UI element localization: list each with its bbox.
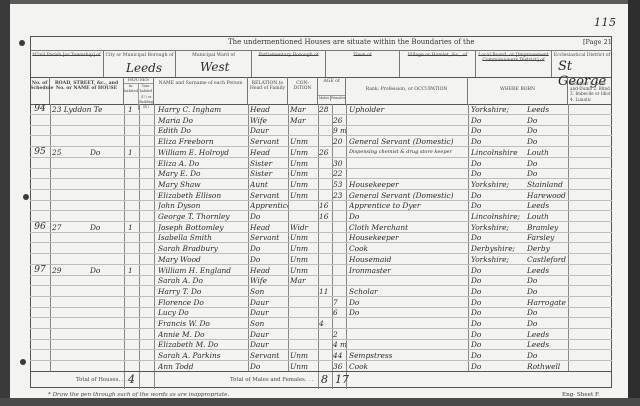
row-male-age bbox=[319, 339, 332, 350]
row-occupation bbox=[349, 158, 468, 169]
row-road-ditto bbox=[90, 329, 124, 340]
ecclesiastical-cell: Ecclesiastical District of St George bbox=[552, 50, 612, 77]
sheet-tag: Eng- Sheet F. bbox=[562, 392, 600, 398]
row-born-county: Yorkshire; bbox=[471, 179, 527, 190]
row-road-ditto bbox=[90, 168, 124, 179]
row-inhabited bbox=[128, 158, 139, 169]
scan-edge-right bbox=[628, 0, 640, 406]
header-occupation: Rank, Profession, or OCCUPATION bbox=[346, 77, 468, 104]
row-born-county: Do bbox=[471, 297, 527, 308]
row-name: Sarah A. Parkins bbox=[158, 350, 248, 361]
row-schedule bbox=[30, 243, 50, 254]
row-female-age bbox=[333, 211, 346, 222]
row-relation: Servant bbox=[250, 190, 288, 201]
ward-label: Municipal Ward of bbox=[176, 50, 251, 58]
row-born-place: Do bbox=[527, 286, 568, 297]
row-born-county: Lincolnshire bbox=[471, 147, 527, 158]
row-occupation: Do bbox=[349, 307, 468, 318]
row-occupation: Dispensing chemist & drug store keeper bbox=[349, 147, 468, 158]
row-female-age bbox=[333, 275, 346, 286]
row-female-age bbox=[333, 222, 346, 233]
row-occupation: Housekeeper bbox=[349, 232, 468, 243]
table-row: Eliza A. DoSisterUnm30DoDo bbox=[30, 158, 612, 169]
row-male-age bbox=[319, 350, 332, 361]
row-relation: Sister bbox=[250, 158, 288, 169]
row-male-age bbox=[319, 243, 332, 254]
row-condition: Unm bbox=[290, 243, 318, 254]
header-houses: HOUSES In-habited Unin-habited (U.) or B… bbox=[124, 77, 154, 104]
row-inhabited bbox=[128, 297, 139, 308]
ecclesiastical-label: Ecclesiastical District of bbox=[552, 50, 612, 58]
row-inhabited bbox=[128, 243, 139, 254]
row-name: George T. Thornley bbox=[158, 211, 248, 222]
page-tag: [Page 21 bbox=[583, 38, 612, 46]
row-schedule bbox=[30, 200, 50, 211]
local-board-label: Local Board, or [Improvement Commissione… bbox=[476, 50, 551, 63]
row-name: Mary Wood bbox=[158, 254, 248, 265]
row-condition: Widr bbox=[290, 222, 318, 233]
ward-cell: Municipal Ward of West bbox=[176, 50, 252, 77]
row-schedule bbox=[30, 329, 50, 340]
row-born-county: Do bbox=[471, 265, 527, 276]
civil-parish-cell: *Civil Parish [or Township] of bbox=[30, 50, 104, 77]
row-female-age bbox=[333, 243, 346, 254]
row-occupation: General Servant (Domestic) bbox=[349, 190, 468, 201]
row-occupation: Sempstress bbox=[349, 350, 468, 361]
row-schedule bbox=[30, 318, 50, 329]
row-schedule bbox=[30, 158, 50, 169]
row-relation: Do bbox=[250, 243, 288, 254]
admin-boundaries: *Civil Parish [or Township] of City or M… bbox=[30, 50, 612, 78]
row-occupation: Ironmaster bbox=[349, 265, 468, 276]
row-name: Joseph Bottomley bbox=[158, 222, 248, 233]
row-inhabited bbox=[128, 286, 139, 297]
row-schedule bbox=[30, 232, 50, 243]
header-relation: RELATION to Head of Family bbox=[248, 77, 288, 104]
row-condition: Unm bbox=[290, 147, 318, 158]
row-schedule bbox=[30, 339, 50, 350]
parliamentary-label: Parliamentary Borough of bbox=[252, 50, 325, 58]
row-road-ditto bbox=[90, 297, 124, 308]
row-male-age bbox=[319, 297, 332, 308]
table-row: Lucy DoDaur6DoDoDo bbox=[30, 307, 612, 318]
row-schedule: 95 bbox=[30, 147, 50, 158]
row-schedule bbox=[30, 211, 50, 222]
row-born-county: Do bbox=[471, 168, 527, 179]
row-male-age: 28 bbox=[319, 104, 332, 115]
row-road-ditto bbox=[90, 136, 124, 147]
table-row: 9729Do1William H. EnglandHeadUnmIronmast… bbox=[30, 265, 612, 276]
scan-edge-left bbox=[0, 0, 10, 406]
row-female-age bbox=[333, 265, 346, 276]
row-born-county: Do bbox=[471, 190, 527, 201]
row-schedule bbox=[30, 297, 50, 308]
row-born-place: Do bbox=[527, 168, 568, 179]
row-relation: Wife bbox=[250, 115, 288, 126]
row-condition bbox=[290, 125, 318, 136]
row-inhabited: 1 bbox=[128, 265, 139, 276]
city-cell: City or Municipal Borough of Leeds bbox=[104, 50, 176, 77]
table-row: Elizabeth M. DoDaur4 moDoLeeds bbox=[30, 339, 612, 350]
row-name: Eliza Freeborn bbox=[158, 136, 248, 147]
row-male-age: 4 bbox=[319, 318, 332, 329]
row-relation: Servant bbox=[250, 136, 288, 147]
row-road-ditto: Do bbox=[90, 222, 124, 233]
row-male-age: 26 bbox=[319, 147, 332, 158]
row-born-county: Do bbox=[471, 232, 527, 243]
row-name: Eliza A. Do bbox=[158, 158, 248, 169]
row-inhabited bbox=[128, 168, 139, 179]
row-road-ditto bbox=[90, 318, 124, 329]
header-where-born: WHERE BORN bbox=[468, 77, 568, 104]
row-inhabited bbox=[128, 232, 139, 243]
row-name: Maria Do bbox=[158, 115, 248, 126]
row-name: Isabella Smith bbox=[158, 232, 248, 243]
row-schedule bbox=[30, 350, 50, 361]
row-relation: Daur bbox=[250, 125, 288, 136]
row-male-age bbox=[319, 254, 332, 265]
row-female-age bbox=[333, 286, 346, 297]
row-schedule bbox=[30, 125, 50, 136]
row-born-county: Do bbox=[471, 318, 527, 329]
row-name: Sarah A. Do bbox=[158, 275, 248, 286]
row-male-age bbox=[319, 168, 332, 179]
row-name: John Dyson bbox=[158, 200, 248, 211]
row-inhabited bbox=[128, 115, 139, 126]
row-female-age bbox=[333, 104, 346, 115]
page-title: The undermentioned Houses are situate wi… bbox=[228, 38, 475, 46]
row-condition bbox=[290, 307, 318, 318]
row-road-ditto bbox=[90, 158, 124, 169]
ward-value: West bbox=[200, 60, 229, 74]
row-occupation: Housekeeper bbox=[349, 179, 468, 190]
row-name: William E. Holroyd bbox=[158, 147, 248, 158]
row-occupation bbox=[349, 329, 468, 340]
row-born-county: Lincolnshire; bbox=[471, 211, 527, 222]
row-inhabited bbox=[128, 307, 139, 318]
row-born-county: Do bbox=[471, 136, 527, 147]
header-males: Males bbox=[318, 96, 331, 101]
row-name: Annie M. Do bbox=[158, 329, 248, 340]
row-road-ditto bbox=[90, 232, 124, 243]
row-name: Mary Shaw bbox=[158, 179, 248, 190]
row-name: Sarah Bradbury bbox=[158, 243, 248, 254]
table-row: Edith DoDaur9 moDoDo bbox=[30, 125, 612, 136]
column-headers: No. of Schedule ROAD, STREET, &c., and N… bbox=[30, 77, 612, 105]
row-inhabited bbox=[128, 329, 139, 340]
civil-parish-label: *Civil Parish [or Township] of bbox=[30, 50, 103, 58]
row-name: Elizabeth Ellison bbox=[158, 190, 248, 201]
row-born-county: Yorkshire; bbox=[471, 222, 527, 233]
row-road-ditto bbox=[90, 179, 124, 190]
table-row: Elizabeth EllisonServantUnm23General Ser… bbox=[30, 190, 612, 201]
row-condition: Mar bbox=[290, 115, 318, 126]
header-females: Females bbox=[331, 96, 345, 101]
row-female-age: 20 bbox=[333, 136, 346, 147]
row-condition bbox=[290, 329, 318, 340]
row-name: Florence Do bbox=[158, 297, 248, 308]
row-occupation: Upholder bbox=[349, 104, 468, 115]
row-relation: Head bbox=[250, 265, 288, 276]
row-name: William H. England bbox=[158, 265, 248, 276]
row-male-age bbox=[319, 265, 332, 276]
row-relation: Servant bbox=[250, 232, 288, 243]
row-schedule: 97 bbox=[30, 265, 50, 276]
table-row: Mary ShawAuntUnm53HousekeeperYorkshire;S… bbox=[30, 179, 612, 190]
row-inhabited bbox=[128, 254, 139, 265]
row-relation: Daur bbox=[250, 329, 288, 340]
row-condition: Unm bbox=[290, 265, 318, 276]
village-cell: Village or Hamlet, &c., of bbox=[400, 50, 476, 77]
row-female-age bbox=[333, 147, 346, 158]
row-born-place: Leeds bbox=[527, 200, 568, 211]
row-schedule: 96 bbox=[30, 222, 50, 233]
row-occupation bbox=[349, 168, 468, 179]
row-relation: Sister bbox=[250, 168, 288, 179]
row-female-age: 22 bbox=[333, 168, 346, 179]
row-relation: Son bbox=[250, 318, 288, 329]
row-road-ditto: Do bbox=[90, 265, 124, 276]
row-born-place: Louth bbox=[527, 147, 568, 158]
row-occupation: Do bbox=[349, 297, 468, 308]
row-born-place: Do bbox=[527, 275, 568, 286]
row-relation: Son bbox=[250, 286, 288, 297]
row-road-ditto bbox=[90, 104, 124, 115]
row-born-place: Do bbox=[527, 115, 568, 126]
scan-edge-bottom bbox=[0, 398, 640, 406]
row-male-age: 16 bbox=[319, 200, 332, 211]
row-road-ditto bbox=[90, 254, 124, 265]
row-relation: Apprentice bbox=[250, 200, 288, 211]
punch-hole-icon bbox=[20, 359, 26, 365]
row-inhabited bbox=[128, 136, 139, 147]
row-schedule bbox=[30, 307, 50, 318]
row-born-county: Do bbox=[471, 329, 527, 340]
row-male-age bbox=[319, 307, 332, 318]
row-female-age bbox=[333, 200, 346, 211]
row-male-age bbox=[319, 136, 332, 147]
row-born-place: Leeds bbox=[527, 329, 568, 340]
row-occupation: Do bbox=[349, 211, 468, 222]
row-born-county: Do bbox=[471, 158, 527, 169]
row-condition: Unm bbox=[290, 232, 318, 243]
row-relation: Do bbox=[250, 254, 288, 265]
row-inhabited: 1 bbox=[128, 147, 139, 158]
row-road-ditto bbox=[90, 275, 124, 286]
table-row: George T. ThornleyDo16DoLincolnshire;Lou… bbox=[30, 211, 612, 222]
row-schedule bbox=[30, 275, 50, 286]
row-male-age bbox=[319, 179, 332, 190]
row-male-age: 11 bbox=[319, 286, 332, 297]
row-condition bbox=[290, 318, 318, 329]
row-name: Elizabeth M. Do bbox=[158, 339, 248, 350]
row-road-ditto bbox=[90, 200, 124, 211]
table-row: Harry T. DoSon11ScholarDoDo bbox=[30, 286, 612, 297]
row-road-ditto bbox=[90, 125, 124, 136]
row-born-county: Yorkshire; bbox=[471, 254, 527, 265]
table-row: 9627Do1Joseph BottomleyHeadWidrCloth Mer… bbox=[30, 222, 612, 233]
row-condition: Unm bbox=[290, 190, 318, 201]
header-infirmity: Whether 1. Deaf-and-Dumb 2. Blind 3. Imb… bbox=[568, 77, 612, 104]
row-relation: Servant bbox=[250, 350, 288, 361]
row-born-place: Do bbox=[527, 318, 568, 329]
row-condition: Unm bbox=[290, 179, 318, 190]
row-inhabited bbox=[128, 350, 139, 361]
footnote: * Draw the pen through such of the words… bbox=[48, 392, 229, 398]
row-born-place: Bramley bbox=[527, 222, 568, 233]
table-row: John DysonApprentice16Apprentice to Dyer… bbox=[30, 200, 612, 211]
total-persons-label: Total of Males and Females. . . bbox=[230, 377, 313, 383]
row-born-place: Harrogate bbox=[527, 297, 568, 308]
row-female-age: 30 bbox=[333, 158, 346, 169]
row-born-place: Louth bbox=[527, 211, 568, 222]
row-schedule bbox=[30, 254, 50, 265]
header-age: AGE of Males Females bbox=[318, 77, 346, 104]
row-road-ditto bbox=[90, 243, 124, 254]
row-condition: Mar bbox=[290, 104, 318, 115]
row-inhabited bbox=[128, 211, 139, 222]
local-board-cell: Local Board, or [Improvement Commissione… bbox=[476, 50, 552, 77]
page-number: 115 bbox=[594, 16, 617, 29]
total-females-value: 17 bbox=[335, 373, 349, 386]
header-name: NAME and Surname of each Person bbox=[154, 77, 248, 104]
row-born-county: Do bbox=[471, 275, 527, 286]
row-female-age: 9 mo bbox=[333, 125, 346, 136]
row-name: Mary E. Do bbox=[158, 168, 248, 179]
row-born-county: Do bbox=[471, 339, 527, 350]
row-occupation: Housemaid bbox=[349, 254, 468, 265]
row-road-ditto bbox=[90, 350, 124, 361]
table-row: Mary WoodDoUnmHousemaidYorkshire;Castlef… bbox=[30, 254, 612, 265]
row-name: Harry C. Ingham bbox=[158, 104, 248, 115]
row-schedule bbox=[30, 190, 50, 201]
row-schedule: 94 bbox=[30, 104, 50, 115]
row-born-place: Castleford bbox=[527, 254, 568, 265]
row-relation: Do bbox=[250, 211, 288, 222]
row-relation: Daur bbox=[250, 339, 288, 350]
table-row: Sarah A. DoWifeMarDoDo bbox=[30, 275, 612, 286]
row-relation: Daur bbox=[250, 297, 288, 308]
row-born-county: Do bbox=[471, 286, 527, 297]
row-born-county: Derbyshire; bbox=[471, 243, 527, 254]
row-female-age bbox=[333, 232, 346, 243]
row-inhabited bbox=[128, 318, 139, 329]
row-road-ditto bbox=[90, 115, 124, 126]
row-occupation bbox=[349, 125, 468, 136]
row-occupation: Cook bbox=[349, 243, 468, 254]
header-condition: CON-DITION bbox=[288, 77, 318, 104]
row-condition bbox=[290, 297, 318, 308]
row-condition: Unm bbox=[290, 350, 318, 361]
table-row: Annie M. DoDaur2DoLeeds bbox=[30, 329, 612, 340]
row-name: Harry T. Do bbox=[158, 286, 248, 297]
row-inhabited: 1 bbox=[128, 222, 139, 233]
row-name: Edith Do bbox=[158, 125, 248, 136]
town-label: Town of bbox=[326, 50, 399, 58]
table-row: 9423 Lyddon Ter1Harry C. InghamHeadMar28… bbox=[30, 104, 612, 115]
header-schedule: No. of Schedule bbox=[30, 77, 50, 104]
row-born-place: Leeds bbox=[527, 104, 568, 115]
row-female-age: 44 bbox=[333, 350, 346, 361]
row-female-age: 7 bbox=[333, 297, 346, 308]
row-condition bbox=[290, 200, 318, 211]
table-row: Mary E. DoSisterUnm22DoDo bbox=[30, 168, 612, 179]
row-inhabited bbox=[128, 179, 139, 190]
totals-row: Total of Houses. . . 4 Total of Males an… bbox=[30, 371, 612, 389]
row-condition: Unm bbox=[290, 168, 318, 179]
header-road: ROAD, STREET, &c., and No. or NAME of HO… bbox=[50, 77, 124, 104]
row-schedule bbox=[30, 115, 50, 126]
row-condition: Unm bbox=[290, 158, 318, 169]
row-male-age bbox=[319, 115, 332, 126]
row-born-county: Do bbox=[471, 125, 527, 136]
row-born-county: Yorkshire; bbox=[471, 104, 527, 115]
row-male-age bbox=[319, 190, 332, 201]
row-name: Lucy Do bbox=[158, 307, 248, 318]
row-born-county: Do bbox=[471, 200, 527, 211]
row-condition: Mar bbox=[290, 275, 318, 286]
row-relation: Head bbox=[250, 222, 288, 233]
row-condition bbox=[290, 211, 318, 222]
row-born-county: Do bbox=[471, 307, 527, 318]
town-cell: Town of bbox=[326, 50, 400, 77]
row-female-age: 26 bbox=[333, 115, 346, 126]
row-female-age bbox=[333, 254, 346, 265]
row-inhabited: 1 bbox=[128, 104, 139, 115]
row-road-ditto bbox=[90, 307, 124, 318]
total-males-value: 8 bbox=[321, 373, 328, 386]
row-female-age bbox=[333, 318, 346, 329]
row-born-county: Do bbox=[471, 350, 527, 361]
row-schedule bbox=[30, 168, 50, 179]
table-row: Francis W. DoSon4DoDo bbox=[30, 318, 612, 329]
row-female-age: 4 mo bbox=[333, 339, 346, 350]
table-row: Florence DoDaur7DoDoHarrogate bbox=[30, 297, 612, 308]
village-label: Village or Hamlet, &c., of bbox=[400, 50, 475, 58]
total-houses-label: Total of Houses. . . bbox=[76, 377, 127, 383]
row-relation: Head bbox=[250, 147, 288, 158]
row-schedule bbox=[30, 179, 50, 190]
row-born-place: Harewood bbox=[527, 190, 568, 201]
row-born-county: Do bbox=[471, 115, 527, 126]
row-occupation bbox=[349, 318, 468, 329]
punch-hole-icon bbox=[19, 40, 25, 46]
row-male-age bbox=[319, 125, 332, 136]
table-row: Eliza FreebornServantUnm20General Servan… bbox=[30, 136, 612, 147]
punch-hole-icon bbox=[23, 194, 29, 200]
row-inhabited bbox=[128, 125, 139, 136]
city-value: Leeds bbox=[126, 61, 162, 75]
row-occupation: Apprentice to Dyer bbox=[349, 200, 468, 211]
row-road-ditto: Do bbox=[90, 147, 124, 158]
row-schedule bbox=[30, 286, 50, 297]
row-name: Francis W. Do bbox=[158, 318, 248, 329]
row-male-age bbox=[319, 158, 332, 169]
table-row: Sarah A. ParkinsServantUnm44SempstressDo… bbox=[30, 350, 612, 361]
row-inhabited bbox=[128, 190, 139, 201]
row-condition bbox=[290, 286, 318, 297]
row-male-age bbox=[319, 232, 332, 243]
row-inhabited bbox=[128, 339, 139, 350]
census-rows: 9423 Lyddon Ter1Harry C. InghamHeadMar28… bbox=[30, 104, 612, 371]
row-born-place: Do bbox=[527, 158, 568, 169]
row-born-place: Stainland bbox=[527, 179, 568, 190]
row-male-age bbox=[319, 222, 332, 233]
row-male-age bbox=[319, 329, 332, 340]
row-condition: Unm bbox=[290, 254, 318, 265]
row-relation: Head bbox=[250, 104, 288, 115]
table-row: 9525Do1William E. HolroydHeadUnm26Dispen… bbox=[30, 147, 612, 158]
